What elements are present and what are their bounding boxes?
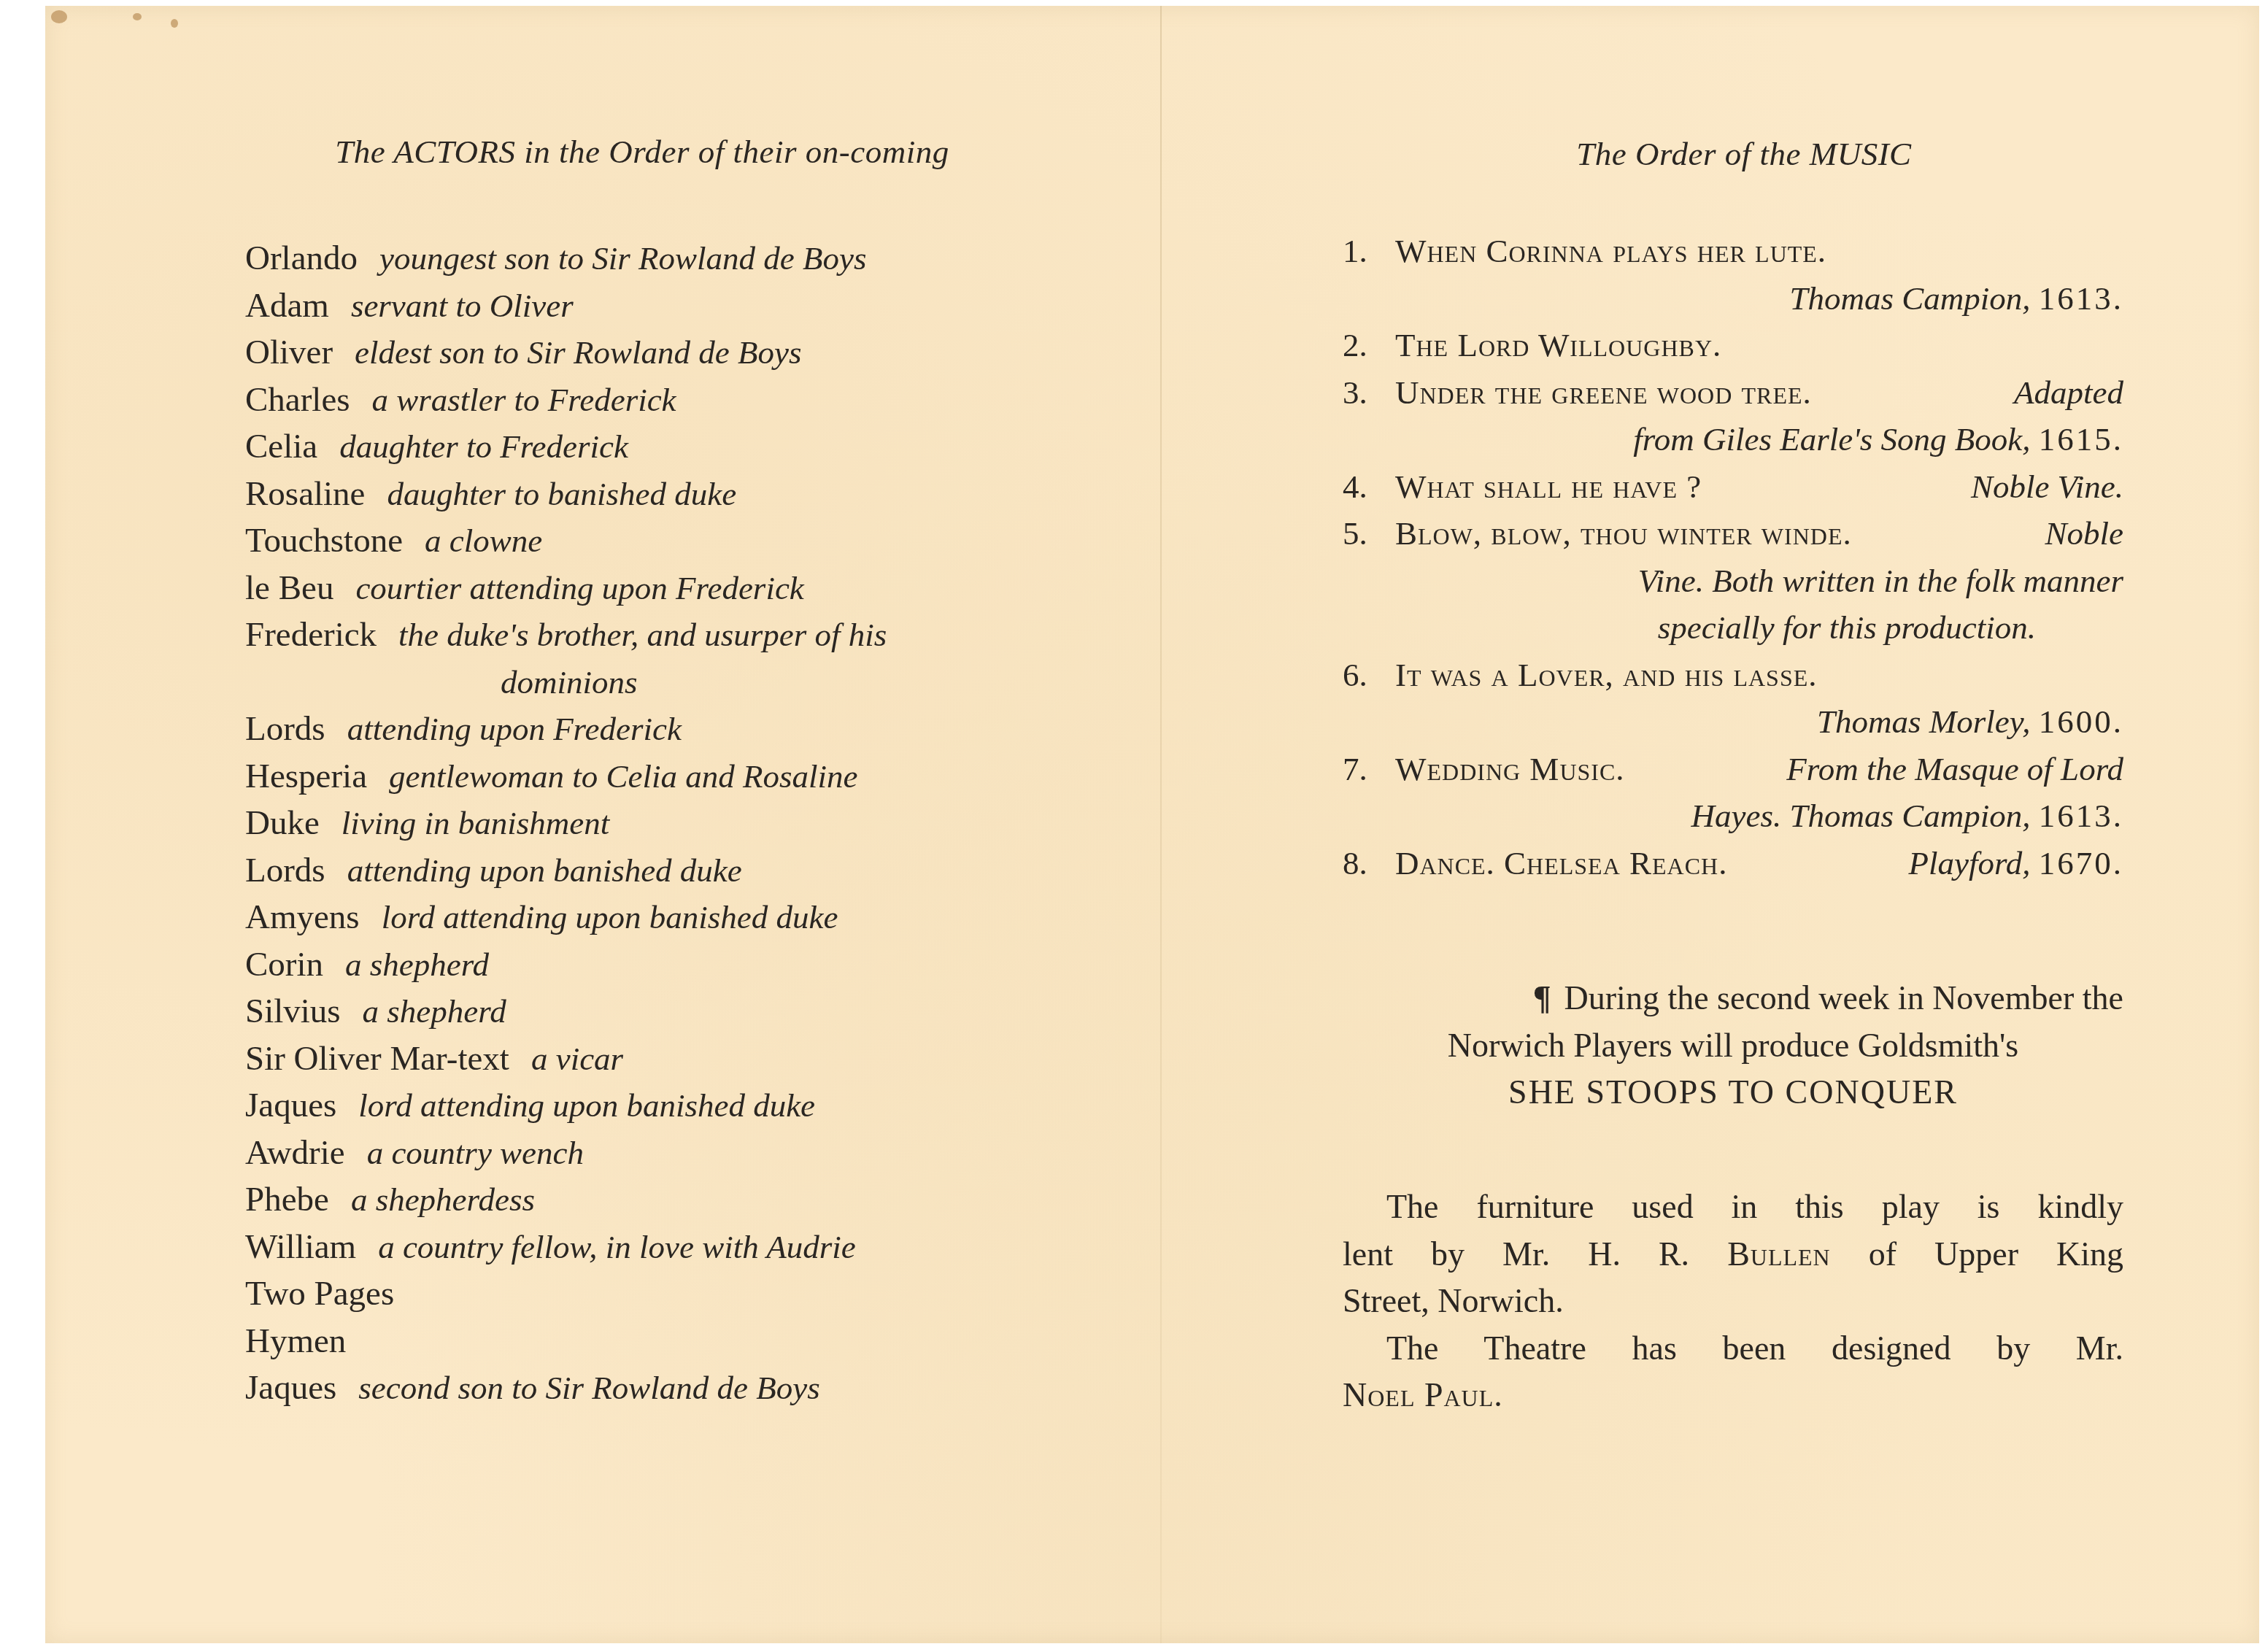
furniture-line-1: The furniture used in this play is kindl… xyxy=(1343,1184,2123,1231)
actor-row: Touchstonea clowne xyxy=(245,517,1062,565)
upcoming-production-notice: ¶During the second week in November the … xyxy=(1343,975,2123,1116)
music-list: 1.When Corinna plays her lute.Thomas Cam… xyxy=(1343,228,2123,887)
music-attribution-text: Thomas Morley, xyxy=(1817,703,2031,740)
music-item: 6.It was a Lover, and his lasse. xyxy=(1343,652,2123,699)
music-heading: The Order of the MUSIC xyxy=(1343,135,2145,173)
actor-description: lord attending upon banished duke xyxy=(358,1082,815,1130)
music-attribution: Noble Vine. xyxy=(1971,463,2123,511)
actor-name: Duke xyxy=(245,800,320,847)
actor-description: a shepherd xyxy=(363,988,506,1035)
designer-name: Noel Paul. xyxy=(1343,1372,2123,1419)
music-item: 4.What shall he have ?Noble Vine. xyxy=(1343,463,2123,511)
actor-row: Rosalinedaughter to banished duke xyxy=(245,471,1062,518)
music-title: Under the greene wood tree. xyxy=(1395,369,1812,417)
music-attribution: Thomas Morley, 1600. xyxy=(1817,698,2123,746)
actor-name: Charles xyxy=(245,377,350,424)
actor-name: le Beu xyxy=(245,565,333,612)
actor-row: Hesperiagentlewoman to Celia and Rosalin… xyxy=(245,753,1062,800)
age-stain xyxy=(133,13,142,20)
music-year: 1670. xyxy=(2039,845,2123,881)
music-title: What shall he have ? xyxy=(1395,463,1702,511)
notice-line-2: Norwich Players will produce Goldsmith's xyxy=(1343,1022,2123,1070)
actor-row: Adamservant to Oliver xyxy=(245,282,1062,330)
actor-description: gentlewoman to Celia and Rosaline xyxy=(389,753,857,800)
actor-description: youngest son to Sir Rowland de Boys xyxy=(379,235,866,282)
music-title: It was a Lover, and his lasse. xyxy=(1395,652,1818,699)
actor-row: Celiadaughter to Frederick xyxy=(245,423,1062,471)
music-attribution-line: specially for this production. xyxy=(1343,604,2123,652)
music-attribution: Thomas Campion, 1613. xyxy=(1789,275,2123,323)
actor-row: Amyenslord attending upon banished duke xyxy=(245,894,1062,941)
music-number: 1. xyxy=(1343,228,1394,275)
actor-row: Two Pages xyxy=(245,1270,1062,1318)
actor-row: Hymen xyxy=(245,1318,1062,1365)
theatre-line-1: The Theatre has been designed by Mr. xyxy=(1343,1325,2123,1373)
actor-name: Sir Oliver Mar-text xyxy=(245,1035,509,1083)
actor-description: a clowne xyxy=(425,517,542,565)
actor-name: Phebe xyxy=(245,1176,329,1224)
actor-name: Jaques xyxy=(245,1365,336,1412)
actor-description: attending upon Frederick xyxy=(347,706,682,753)
music-attribution: Playford, 1670. xyxy=(1908,840,2123,887)
music-item: 1.When Corinna plays her lute. xyxy=(1343,228,2123,275)
music-attribution-line: Hayes. Thomas Campion, 1613. xyxy=(1343,792,2123,840)
music-attribution-text: specially for this production. xyxy=(1658,604,2036,652)
actors-heading: The ACTORS in the Order of their on-comi… xyxy=(241,133,1043,171)
actor-row: Jaquessecond son to Sir Rowland de Boys xyxy=(245,1365,1062,1412)
music-item: 7.Wedding Music.From the Masque of Lord xyxy=(1343,746,2123,793)
play-title: SHE STOOPS TO CONQUER xyxy=(1343,1069,2123,1116)
actor-name: Adam xyxy=(245,282,329,330)
music-attribution-text: Hayes. Thomas Campion, xyxy=(1691,798,2030,834)
actor-description: servant to Oliver xyxy=(351,282,574,330)
music-attribution-line: from Giles Earle's Song Book, 1615. xyxy=(1343,416,2123,463)
actor-description: lord attending upon banished duke xyxy=(382,894,838,941)
center-fold xyxy=(1160,6,1162,1643)
actor-row: Frederickthe duke's brother, and usurper… xyxy=(245,611,1062,659)
actors-list: Orlandoyoungest son to Sir Rowland de Bo… xyxy=(245,235,1062,1412)
actor-row: Phebea shepherdess xyxy=(245,1176,1062,1224)
actor-name: Oliver xyxy=(245,329,333,377)
actor-row: Corina shepherd xyxy=(245,941,1062,989)
music-attribution: Noble xyxy=(2045,510,2124,557)
actor-row: Olivereldest son to Sir Rowland de Boys xyxy=(245,329,1062,377)
actor-name: Touchstone xyxy=(245,517,403,565)
actor-description: a shepherd xyxy=(345,941,489,989)
actor-row: Sir Oliver Mar-texta vicar xyxy=(245,1035,1062,1083)
furniture-line-2: lent by Mr. H. R. Bullen of Upper King xyxy=(1343,1231,2123,1278)
music-attribution: Vine. Both written in the folk manner xyxy=(1638,557,2123,605)
age-stain xyxy=(171,19,178,28)
music-title: The Lord Willoughby. xyxy=(1395,322,1721,369)
actor-description: courtier attending upon Frederick xyxy=(355,565,803,612)
music-attribution: Hayes. Thomas Campion, 1613. xyxy=(1691,792,2123,840)
actor-description: daughter to Frederick xyxy=(339,423,628,471)
music-item: 3.Under the greene wood tree.Adapted xyxy=(1343,369,2123,417)
music-number: 2. xyxy=(1343,322,1394,369)
music-year: 1615. xyxy=(2039,421,2123,458)
actor-name: Jaques xyxy=(245,1082,336,1130)
actor-name: Hymen xyxy=(245,1318,346,1365)
music-attribution-text: Thomas Campion, xyxy=(1789,280,2030,317)
music-item: 8.Dance. Chelsea Reach.Playford, 1670. xyxy=(1343,840,2123,887)
music-attribution-line: Thomas Campion, 1613. xyxy=(1343,275,2123,323)
actor-name: Silvius xyxy=(245,988,341,1035)
music-number: 6. xyxy=(1343,652,1394,699)
music-attribution-line: Vine. Both written in the folk manner xyxy=(1343,557,2123,605)
actor-name: Celia xyxy=(245,423,317,471)
actor-description-continuation: dominions xyxy=(245,659,1062,706)
actor-name: William xyxy=(245,1224,356,1271)
music-attribution-text: From the Masque of Lord xyxy=(1786,751,2123,787)
actor-name: Lords xyxy=(245,847,325,895)
music-year: 1613. xyxy=(2039,798,2123,834)
actor-name: Rosaline xyxy=(245,471,365,518)
actor-name: Awdrie xyxy=(245,1130,345,1177)
music-attribution-text: Playford, xyxy=(1908,845,2030,881)
furniture-line-3: Street, Norwich. xyxy=(1343,1278,2123,1325)
actor-description: a country wench xyxy=(367,1130,584,1177)
actor-name: Orlando xyxy=(245,235,358,282)
lender-name: Bullen xyxy=(1727,1235,1831,1273)
actor-description: living in banishment xyxy=(342,800,609,847)
pilcrow-icon: ¶ xyxy=(1533,979,1551,1016)
music-title: Dance. Chelsea Reach. xyxy=(1395,840,1727,887)
actor-description: the duke's brother, and usurper of his xyxy=(398,611,887,659)
music-attribution: Adapted xyxy=(2014,369,2123,417)
music-number: 3. xyxy=(1343,369,1394,417)
actor-row: le Beucourtier attending upon Frederick xyxy=(245,565,1062,612)
music-item: 5.Blow, blow, thou winter winde.Noble xyxy=(1343,510,2123,557)
credits: The furniture used in this play is kindl… xyxy=(1343,1184,2123,1419)
music-title: Wedding Music. xyxy=(1395,746,1625,793)
actor-name: Lords xyxy=(245,706,325,753)
age-stain xyxy=(51,10,67,23)
music-attribution-text: Noble Vine. xyxy=(1971,468,2123,505)
music-item: 2.The Lord Willoughby. xyxy=(1343,322,2123,369)
music-number: 7. xyxy=(1343,746,1394,793)
music-attribution-text: Vine. Both written in the folk manner xyxy=(1638,563,2123,599)
actor-row: Williama country fellow, in love with Au… xyxy=(245,1224,1062,1271)
music-attribution-text: from Giles Earle's Song Book, xyxy=(1633,421,2030,458)
actor-name: Hesperia xyxy=(245,753,367,800)
actor-name: Amyens xyxy=(245,894,360,941)
actor-row: Lordsattending upon Frederick xyxy=(245,706,1062,753)
actor-row: Dukeliving in banishment xyxy=(245,800,1062,847)
music-attribution-line: Thomas Morley, 1600. xyxy=(1343,698,2123,746)
music-attribution-text: Adapted xyxy=(2014,374,2123,411)
actor-description: a shepherdess xyxy=(351,1176,535,1224)
music-number: 5. xyxy=(1343,510,1394,557)
actor-row: Orlandoyoungest son to Sir Rowland de Bo… xyxy=(245,235,1062,282)
actor-description: eldest son to Sir Rowland de Boys xyxy=(355,329,801,377)
actor-description: a wrastler to Frederick xyxy=(372,377,676,424)
actor-row: Lordsattending upon banished duke xyxy=(245,847,1062,895)
actor-description: a vicar xyxy=(531,1035,623,1083)
music-year: 1600. xyxy=(2039,703,2123,740)
actor-description: daughter to banished duke xyxy=(387,471,736,518)
actor-row: Charlesa wrastler to Frederick xyxy=(245,377,1062,424)
actor-row: Awdriea country wench xyxy=(245,1130,1062,1177)
music-attribution-text: Noble xyxy=(2045,515,2124,552)
actor-row: Jaqueslord attending upon banished duke xyxy=(245,1082,1062,1130)
actor-row: Silviusa shepherd xyxy=(245,988,1062,1035)
actor-description: a country fellow, in love with Audrie xyxy=(378,1224,856,1271)
actor-name: Frederick xyxy=(245,611,377,659)
music-number: 8. xyxy=(1343,840,1394,887)
music-year: 1613. xyxy=(2039,280,2123,317)
music-title: Blow, blow, thou winter winde. xyxy=(1395,510,1852,557)
actor-name: Two Pages xyxy=(245,1270,394,1318)
notice-line-1: ¶During the second week in November the xyxy=(1343,975,2123,1022)
music-attribution: From the Masque of Lord xyxy=(1786,746,2123,793)
actor-description: second son to Sir Rowland de Boys xyxy=(358,1365,819,1412)
music-title: When Corinna plays her lute. xyxy=(1395,228,1826,275)
actor-description: attending upon banished duke xyxy=(347,847,742,895)
music-number: 4. xyxy=(1343,463,1394,511)
actor-name: Corin xyxy=(245,941,323,989)
music-attribution: from Giles Earle's Song Book, 1615. xyxy=(1633,416,2123,463)
